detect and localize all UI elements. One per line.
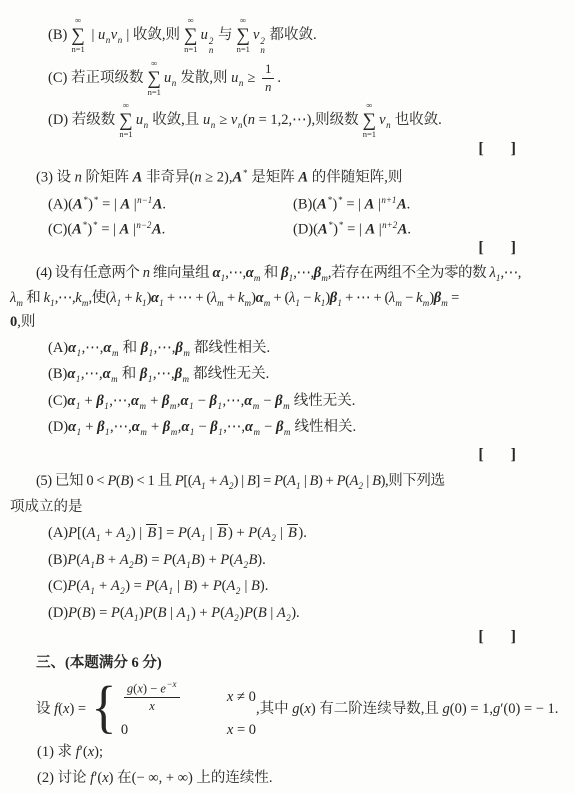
math-bi: α: [181, 393, 189, 409]
math-it: P: [145, 578, 154, 594]
math-tx: (B): [48, 366, 67, 382]
math-it: A: [234, 552, 243, 568]
math-tx: ′(: [80, 744, 88, 760]
math-it: P: [178, 525, 187, 541]
math-sub: m: [283, 427, 291, 437]
part-2: (2) 讨论 f′(x) 在(− ∞, + ∞) 上的连续性.: [37, 766, 273, 790]
math-tx: (B): [48, 552, 67, 568]
math-tx: .: [407, 222, 411, 238]
math-tx: | 收敛,则: [123, 27, 180, 43]
math-it: k: [44, 290, 50, 306]
math-it: A: [177, 552, 186, 568]
answer-bracket-open-icon: [: [478, 444, 483, 466]
math-sum-icon: ∞∑n=1: [236, 16, 250, 55]
math-tx: (2) 讨论: [37, 770, 90, 786]
math-tx: (0) = 1,: [450, 701, 493, 717]
math-tx: (B): [48, 27, 67, 43]
math-tx: |: [88, 27, 98, 43]
math-tx: ) < 1 且: [129, 473, 175, 489]
math-it: A: [120, 552, 129, 568]
q4-option-d: (D)α1 + β1,⋯,αm + βm,α1 − β1,⋯,αm − βm 线…: [48, 415, 356, 444]
math-bi: A: [318, 222, 328, 238]
math-tx: 都线性相关.: [190, 340, 270, 356]
math-bi: A: [72, 222, 82, 238]
math-tx: −: [194, 393, 209, 409]
math-tx: ) |: [234, 473, 247, 489]
math-it: A: [350, 473, 358, 489]
case-row-nonzero: g(x) − e−xx x ≠ 0: [121, 679, 256, 715]
math-tx: ).: [260, 578, 268, 594]
math-tx: |: [166, 605, 176, 621]
math-tx: ≠ 0: [233, 689, 255, 705]
math-tx: +: [104, 552, 119, 568]
math-tx: (D): [48, 605, 68, 621]
answer-bracket-open-icon: [: [478, 138, 483, 160]
math-tx: +: [147, 393, 162, 409]
math-bi: β: [97, 419, 104, 435]
math-tx: +: [224, 290, 238, 306]
math-it: u: [201, 27, 208, 43]
math-tx: ,⋯,: [55, 290, 76, 306]
math-tx: 阶矩阵: [82, 170, 133, 186]
answer-brackets-q3: [ ]: [0, 237, 574, 259]
math-sum-lower: n=1: [71, 45, 84, 55]
math-bi: A: [152, 222, 162, 238]
math-it: P: [144, 605, 153, 621]
math-tx: ,⋯,: [225, 265, 246, 281]
math-sub: m: [111, 348, 119, 358]
math-tx: ≥ 2),: [202, 170, 233, 186]
math-it: B: [251, 578, 260, 594]
math-tx: (D) 若级数: [48, 112, 115, 128]
math-sub: m: [139, 401, 147, 411]
math-it: g: [292, 701, 299, 717]
math-tx: |: [276, 525, 286, 541]
math-tx: −: [261, 419, 276, 435]
math-tx: ,⋯,: [222, 393, 244, 409]
math-tx: .: [162, 197, 166, 213]
math-it: n: [75, 170, 82, 186]
math-bi: A: [398, 222, 408, 238]
math-tx: 与: [214, 27, 232, 43]
math-it: P: [68, 525, 77, 541]
math-tx: +: [95, 578, 110, 594]
math-tx: ) =: [91, 605, 111, 621]
math-bi: α: [132, 419, 140, 435]
math-it: A: [262, 525, 271, 541]
math-tx: = |: [343, 222, 365, 238]
math-sum-icon: ∞∑n=1: [147, 59, 161, 98]
piecewise-tail: ,其中 g(x) 有二阶连续导数,且 g(0) = 1,g′(0) = − 1.: [256, 697, 558, 721]
math-bi: α: [212, 265, 220, 281]
math-it: P: [211, 605, 220, 621]
piecewise-cases: g(x) − e−xx x ≠ 0 0 x = 0: [121, 679, 256, 740]
math-tx: [(: [77, 525, 87, 541]
math-tx: ).: [291, 605, 299, 621]
math-bd: 三、(本题满分 6 分): [36, 655, 162, 671]
q5-stem-line-2: 项成立的是: [10, 495, 83, 519]
math-over: B: [217, 524, 228, 541]
math-tx: ,⋯,: [223, 419, 245, 435]
math-it: P: [111, 605, 120, 621]
math-tx: 线性相关.: [291, 419, 356, 435]
math-tx: +: [121, 290, 135, 306]
math-sum-icon: ∞∑n=1: [71, 16, 85, 55]
math-bi: A: [317, 197, 327, 213]
piecewise-lead: 设 f(x) =: [36, 697, 86, 721]
q5-option-b: (B)P(A1B + A2B) = P(A1B) + P(A2B).: [48, 548, 266, 577]
math-it: A: [192, 525, 201, 541]
math-sup: −x: [166, 679, 177, 689]
math-bi: α: [244, 393, 252, 409]
math-tx: (1) 求: [37, 744, 76, 760]
math-it: n: [143, 265, 150, 281]
answer-bracket-close-icon: ]: [511, 444, 516, 466]
math-tx: (A): [48, 340, 68, 356]
answer-bracket-close-icon: ]: [511, 237, 516, 259]
q5-option-a: (A)P[(A1 + A2) | B] = P(A1 | B) + P(A2 |…: [48, 521, 307, 550]
answer-brackets-q4: [ ]: [0, 444, 574, 466]
math-tx: (B)(: [293, 197, 317, 213]
q5-stem-line-1: (5) 已知 0 < P(B) < 1 且 P[(A1 + A2) | B] =…: [36, 469, 445, 498]
math-tx: ≥: [244, 70, 259, 86]
math-tx: ) +: [200, 552, 220, 568]
math-it: P: [337, 473, 345, 489]
math-tx: |: [375, 222, 382, 238]
math-tx: ) +: [191, 605, 211, 621]
math-tx: 和: [261, 265, 282, 281]
q4-stem-line-3: 0,则: [10, 310, 35, 334]
exam-page: (B)∞∑n=1 | unvn | 收敛,则∞∑n=1u2n 与∞∑n=1v2n…: [0, 0, 574, 793]
math-it: A: [159, 578, 168, 594]
math-tx: 和: [119, 340, 141, 356]
math-it: n: [265, 80, 271, 94]
math-bi: β: [275, 393, 282, 409]
math-tx: 1: [265, 62, 271, 76]
math-bi: β: [434, 290, 441, 306]
answer-brackets-q5: [ ]: [0, 626, 574, 648]
math-bi: β: [210, 393, 217, 409]
math-bi: A: [73, 197, 83, 213]
math-tx: (C): [48, 393, 67, 409]
math-tx: 0: [121, 721, 128, 739]
math-it: P: [220, 552, 229, 568]
math-tx: ] =: [158, 525, 178, 541]
math-it: λ: [389, 290, 395, 306]
math-tx: (5) 已知 0 <: [36, 473, 107, 489]
math-sub: m: [253, 273, 260, 283]
math-it: A: [87, 525, 96, 541]
math-bi: β: [330, 290, 337, 306]
math-bi: β: [175, 340, 182, 356]
math-tx: 发散,则: [177, 70, 231, 86]
math-it: A: [81, 552, 90, 568]
math-sub: m: [252, 401, 260, 411]
math-it: B: [95, 552, 104, 568]
math-numerator: 1: [262, 62, 274, 79]
math-it: B: [120, 473, 128, 489]
answer-bracket-open-icon: [: [478, 626, 483, 648]
q4-stem-line-2: λm 和 k1,⋯,km,使(λ1 + k1)α1 + ⋯ + (λm + km…: [10, 286, 459, 315]
math-tx: .: [277, 70, 281, 86]
answer-bracket-open-icon: [: [478, 237, 483, 259]
math-sub: m: [169, 401, 177, 411]
math-it: λ: [211, 290, 217, 306]
q3-stem: (3) 设 n 阶矩阵 A 非奇异(n ≥ 2),A* 是矩阵 A 的伴随矩阵,…: [36, 161, 402, 190]
math-tx: −: [195, 419, 210, 435]
math-tx: ) 在(− ∞, + ∞) 上的连续性.: [109, 770, 273, 786]
math-it: B: [248, 552, 257, 568]
math-tx: ] =: [255, 473, 274, 489]
math-tx: (C) 若正项级数: [48, 70, 143, 86]
math-it: B: [134, 552, 143, 568]
math-tx: ′(0) = − 1.: [500, 701, 558, 717]
math-sum-icon: ∞∑n=1: [363, 101, 377, 140]
math-tx: 收敛,且: [149, 112, 203, 128]
math-tx: |: [241, 578, 251, 594]
math-tx: |: [363, 473, 372, 489]
math-tx: |: [206, 525, 216, 541]
math-bi: α: [245, 419, 253, 435]
math-tx: = |: [343, 197, 365, 213]
math-tx: (D): [48, 419, 68, 435]
math-bi: β: [210, 419, 217, 435]
math-bi: A: [365, 222, 375, 238]
math-bi: α: [131, 393, 139, 409]
math-sum-lower: n=1: [184, 45, 197, 55]
math-tx: [(: [183, 473, 192, 489]
math-it: n: [194, 170, 201, 186]
math-sigma-icon: ∑: [363, 111, 377, 130]
math-tx: 和: [118, 366, 140, 382]
math-tx: (3) 设: [36, 170, 75, 186]
math-tx: .: [162, 222, 166, 238]
math-bi: A: [120, 197, 130, 213]
math-tx: |: [130, 197, 137, 213]
math-sigma-icon: ∑: [184, 26, 198, 45]
math-bi: β: [314, 265, 321, 281]
piecewise-definition: 设 f(x) = { g(x) − e−xx x ≠ 0 0 x = 0 ,其中…: [36, 676, 558, 742]
math-tx: ).: [298, 525, 306, 541]
math-bi: A: [153, 197, 163, 213]
answer-brackets-q2: [ ]: [0, 138, 574, 160]
math-sup: n+1: [381, 195, 397, 205]
math-tx: 也收敛.: [391, 112, 442, 128]
case-row-zero: 0 x = 0: [121, 721, 256, 739]
q4-option-c: (C)α1 + β1,⋯,αm + βm,α1 − β1,⋯,αm − βm 线…: [48, 389, 355, 418]
math-sup: n+2: [382, 220, 398, 230]
math-sub: m: [217, 298, 224, 308]
math-tx: = 1,2,⋯),则级数: [255, 112, 359, 128]
math-bi: β: [175, 366, 182, 382]
math-tx: ) +: [193, 578, 213, 594]
math-it: P: [244, 605, 253, 621]
math-sigma-icon: ∑: [71, 26, 85, 45]
math-sub: m: [253, 427, 261, 437]
math-tx: ).: [257, 552, 265, 568]
math-bi: A: [232, 170, 242, 186]
math-tx: (4) 设有任意两个: [36, 265, 143, 281]
math-it: A: [225, 605, 234, 621]
math-tx: +: [82, 419, 97, 435]
math-tx: 线性无关.: [290, 393, 355, 409]
math-over: B: [287, 524, 298, 541]
math-tx: ,使(: [88, 290, 110, 306]
math-tx: −: [402, 290, 416, 306]
math-sub: m: [441, 298, 448, 308]
q4-option-b: (B)α1,⋯,αm 和 β1,⋯,βm 都线性无关.: [48, 362, 269, 391]
math-tx: 非奇异(: [142, 170, 194, 186]
math-sigma-icon: ∑: [147, 69, 161, 88]
math-tx: .: [407, 197, 411, 213]
math-tx: 维向量组: [150, 265, 213, 281]
math-it: P: [107, 473, 115, 489]
math-tx: (A): [48, 525, 68, 541]
math-bi: α: [151, 290, 159, 306]
math-it: A: [192, 473, 200, 489]
math-sum-lower: n=1: [237, 45, 250, 55]
math-fraction: g(x) − e−xx: [124, 679, 180, 715]
math-tx: +: [147, 419, 162, 435]
math-bi: A: [397, 197, 407, 213]
math-sub: m: [321, 273, 328, 283]
math-it: P: [67, 552, 76, 568]
math-it: P: [67, 578, 76, 594]
math-tx: +: [81, 393, 96, 409]
math-tx: 设: [36, 701, 54, 717]
math-tx: ) +: [318, 473, 337, 489]
math-tx: 和: [23, 290, 44, 306]
math-over: B: [146, 524, 157, 541]
case-condition: x ≠ 0: [227, 688, 256, 706]
math-it: v: [379, 112, 385, 128]
math-bi: A: [365, 197, 375, 213]
math-tx: |: [129, 222, 136, 238]
math-sigma-icon: ∑: [236, 26, 250, 45]
math-tx: +: [101, 525, 116, 541]
math-tx: ) +: [228, 525, 248, 541]
math-it: B: [372, 473, 380, 489]
math-sum-icon: ∞∑n=1: [184, 16, 198, 55]
math-it: A: [277, 605, 286, 621]
math-bi: α: [68, 340, 76, 356]
math-sigma-icon: ∑: [119, 111, 133, 130]
math-bi: α: [68, 419, 76, 435]
math-tx: 的伴随矩阵,则: [308, 170, 402, 186]
math-denominator: n: [265, 79, 271, 95]
math-tx: =: [448, 290, 459, 306]
math-it: A: [81, 578, 90, 594]
math-tx: (C): [48, 578, 67, 594]
case-expression: g(x) − e−xx: [121, 679, 217, 715]
math-tx: ) −: [143, 681, 160, 695]
math-tx: + (: [270, 290, 289, 306]
math-sup: n−2: [136, 220, 152, 230]
math-bi: β: [96, 393, 103, 409]
math-bi: α: [103, 366, 111, 382]
math-it: λ: [10, 290, 16, 306]
section-3-heading: 三、(本题满分 6 分): [36, 651, 162, 675]
math-it: B: [310, 473, 318, 489]
math-it: P: [213, 578, 222, 594]
math-tx: ,⋯,: [110, 419, 132, 435]
math-tx: ,⋯,: [81, 366, 103, 382]
math-tx: ,其中: [256, 701, 292, 717]
math-it: P: [163, 552, 172, 568]
math-it: λ: [289, 290, 295, 306]
math-it: B: [184, 578, 193, 594]
math-tx: ) =: [143, 552, 163, 568]
math-tx: 都收敛.: [266, 27, 317, 43]
math-tx: 都线性无关.: [190, 366, 270, 382]
math-it: A: [125, 605, 134, 621]
math-it: P: [248, 525, 257, 541]
math-tx: ) 有二阶连续导数,且: [311, 701, 443, 717]
math-it: P: [68, 605, 77, 621]
answer-bracket-close-icon: ]: [511, 138, 516, 160]
math-tx: ,⋯,: [109, 393, 131, 409]
math-tx: = |: [98, 197, 120, 213]
case-condition: x = 0: [227, 721, 256, 739]
math-tx: ,⋯,: [153, 366, 175, 382]
math-tx: |: [267, 605, 277, 621]
math-bi: A: [133, 170, 143, 186]
math-bi: A: [120, 222, 130, 238]
math-tx: ≥: [216, 112, 231, 128]
part-1: (1) 求 f′(x);: [37, 740, 103, 764]
math-it: x: [149, 699, 155, 713]
q4-option-a: (A)α1,⋯,αm 和 β1,⋯,βm 都线性相关.: [48, 336, 270, 365]
math-tx: = 0: [233, 722, 256, 738]
math-tx: ,⋯,: [500, 265, 521, 281]
math-fraction: 1n: [262, 62, 274, 95]
math-tx: (C)(: [48, 222, 72, 238]
math-it: B: [258, 605, 267, 621]
math-tx: (A)(: [48, 197, 73, 213]
math-tx: +: [206, 473, 220, 489]
math-tx: ,⋯,: [82, 340, 104, 356]
math-tx: |: [174, 578, 184, 594]
math-sub: m: [170, 427, 178, 437]
math-it: A: [116, 525, 125, 541]
math-tx: ,⋯,: [293, 265, 314, 281]
math-tx: |: [301, 473, 310, 489]
math-tx: );: [94, 744, 103, 760]
case-brace-icon: {: [91, 682, 116, 731]
answer-bracket-close-icon: ]: [511, 626, 516, 648]
math-tx: (D)(: [293, 222, 318, 238]
math-tx: ) =: [125, 578, 145, 594]
math-sub: m: [395, 298, 402, 308]
math-tx: + ⋯ + (: [342, 290, 389, 306]
math-it: A: [111, 578, 120, 594]
math-denominator: x: [149, 698, 155, 714]
math-it: B: [191, 552, 200, 568]
math-it: B: [82, 605, 91, 621]
math-bi: A: [298, 170, 308, 186]
math-tx: |: [374, 197, 381, 213]
math-sub: m: [283, 401, 291, 411]
math-it: n: [248, 112, 255, 128]
q5-option-c: (C)P(A1 + A2) = P(A1 | B) + P(A2 | B).: [48, 574, 268, 603]
math-sum-icon: ∞∑n=1: [119, 101, 133, 140]
math-it: u: [136, 112, 143, 128]
math-tx: 项成立的是: [10, 499, 83, 515]
math-sub: m: [16, 298, 23, 308]
math-tx: ,则: [17, 314, 35, 330]
math-tx: ),则下列选: [381, 473, 445, 489]
math-tx: ) =: [69, 701, 86, 717]
